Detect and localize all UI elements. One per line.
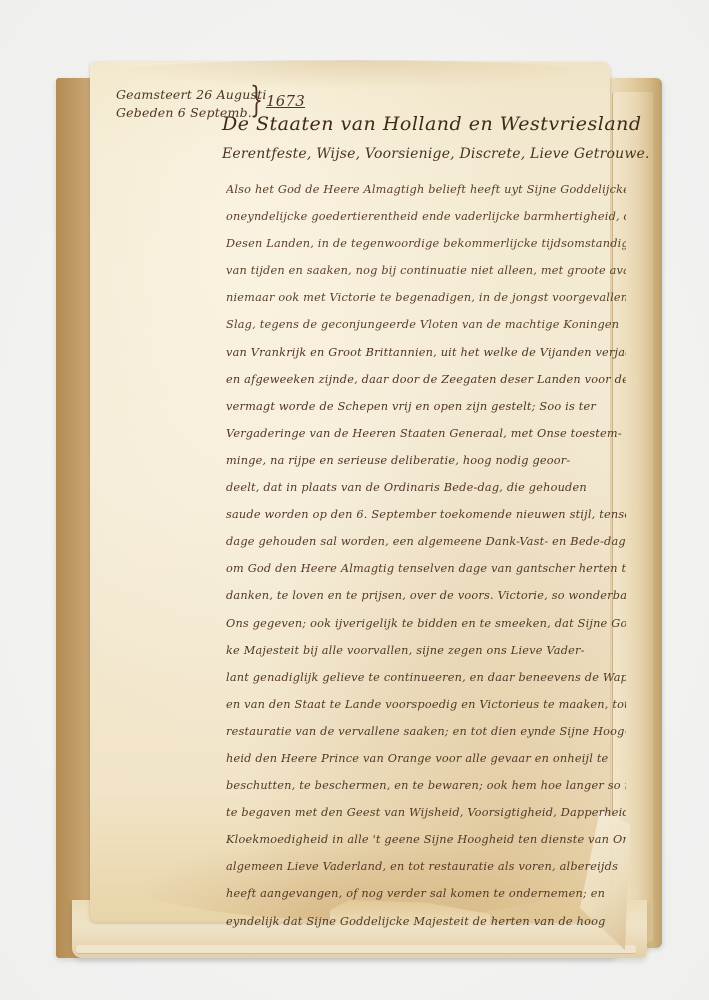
body-line: Ons gegeven; ook ijverigelijk te bidden … [226, 610, 626, 637]
body-line: lant genadiglijk gelieve te continueeren… [226, 664, 626, 691]
body-line: ke Majesteit bij alle voorvallen, sijne … [226, 637, 626, 664]
body-line: eyndelijk dat Sijne Goddelijcke Majestei… [226, 908, 626, 935]
body-line: Desen Landen, in de tegenwoordige bekomm… [226, 230, 626, 257]
body-line: om God den Heere Almagtig tenselven dage… [226, 555, 626, 582]
body-line: algemeen Lieve Vaderland, en tot restaur… [226, 853, 626, 880]
body-line: te begaven met den Geest van Wijsheid, V… [226, 799, 626, 826]
body-line: restauratie van de vervallene saaken; en… [226, 718, 626, 745]
body-line: dage gehouden sal worden, een algemeene … [226, 528, 626, 555]
year-note: 1673 [266, 92, 305, 110]
body-line: beschutten, te beschermen, en te bewaren… [226, 772, 626, 799]
body-line: van tijden en saaken, nog bij continuati… [226, 257, 626, 284]
margin-note-line-1: Geamsteert 26 Augusti [116, 86, 267, 104]
body-line: oneyndelijcke goedertierentheid ende vad… [226, 203, 626, 230]
body-line: vermagt worde de Schepen vrij en open zi… [226, 393, 626, 420]
document-title: De Staaten van Holland en Westvriesland [222, 113, 642, 135]
body-text: Also het God de Heere Almagtigh belieft … [226, 176, 626, 935]
body-line: deelt, dat in plaats van de Ordinaris Be… [226, 474, 626, 501]
body-line: Kloekmoedigheid in alle 't geene Sijne H… [226, 826, 626, 853]
body-line: heeft aangevangen, of nog verder sal kom… [226, 880, 626, 907]
photo-stage: Geamsteert 26 Augusti Gebeden 6 Septemb.… [0, 0, 709, 1000]
body-line: Slag, tegens de geconjungeerde Vloten va… [226, 311, 626, 338]
body-line: Also het God de Heere Almagtigh belieft … [226, 176, 626, 203]
body-line: en afgeweeken zijnde, daar door de Zeega… [226, 366, 626, 393]
body-line: heid den Heere Prince van Orange voor al… [226, 745, 626, 772]
body-line: saude worden op den 6. September toekome… [226, 501, 626, 528]
body-line: danken, te loven en te prijsen, over de … [226, 582, 626, 609]
body-line: Vergaderinge van de Heeren Staaten Gener… [226, 420, 626, 447]
body-line: niemaar ook met Victorie te begenadigen,… [226, 284, 626, 311]
bottom-leaf-edge [76, 945, 636, 954]
body-line: minge, na rijpe en serieuse deliberatie,… [226, 447, 626, 474]
salutation: Eerentfeste, Wijse, Voorsienige, Discret… [222, 146, 650, 162]
body-line: en van den Staat te Lande voorspoedig en… [226, 691, 626, 718]
body-line: van Vrankrijk en Groot Brittannien, uit … [226, 339, 626, 366]
